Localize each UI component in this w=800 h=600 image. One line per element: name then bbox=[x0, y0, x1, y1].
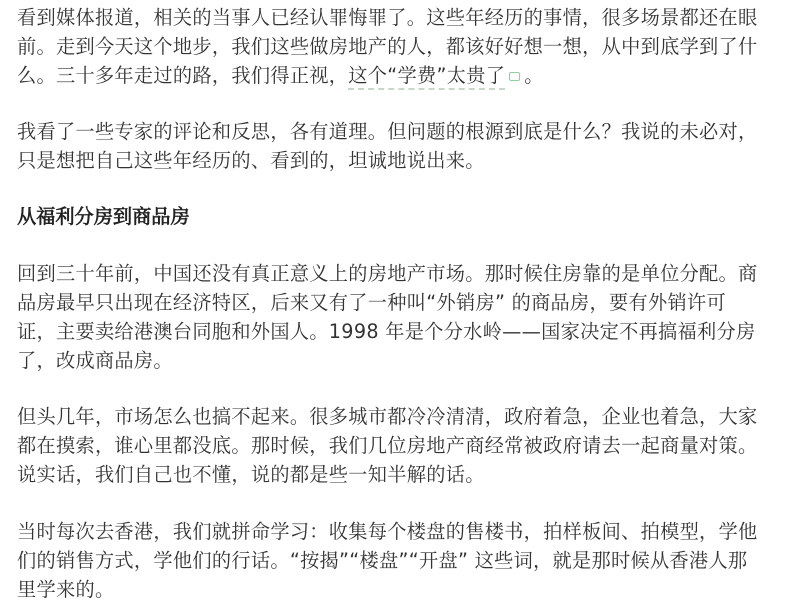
paragraph-intro: 看到媒体报道，相关的当事人已经认罪悔罪了。这些年经历的事情，很多场景都还在眼前。… bbox=[17, 3, 762, 90]
note-icon[interactable] bbox=[509, 72, 520, 81]
paragraph-early-market: 但头几年，市场怎么也搞不起来。很多城市都冷冷清清，政府着急，企业也着急，大家都在… bbox=[17, 402, 762, 489]
paragraph-hongkong: 当时每次去香港，我们就拼命学习：收集每个楼盘的售楼书，拍样板间、拍模型，学他们的… bbox=[17, 517, 762, 600]
highlighted-phrase[interactable]: 这个“学费”太贵了 bbox=[348, 64, 505, 90]
paragraph-intro-end: 。 bbox=[524, 64, 544, 87]
section-heading: 从福利分房到商品房 bbox=[17, 202, 190, 231]
paragraph-reflection: 我看了一些专家的评论和反思，各有道理。但问题的根源到底是什么？我说的未必对，只是… bbox=[17, 117, 762, 175]
paragraph-history: 回到三十年前，中国还没有真正意义上的房地产市场。那时候住房靠的是单位分配。商品房… bbox=[17, 259, 762, 375]
